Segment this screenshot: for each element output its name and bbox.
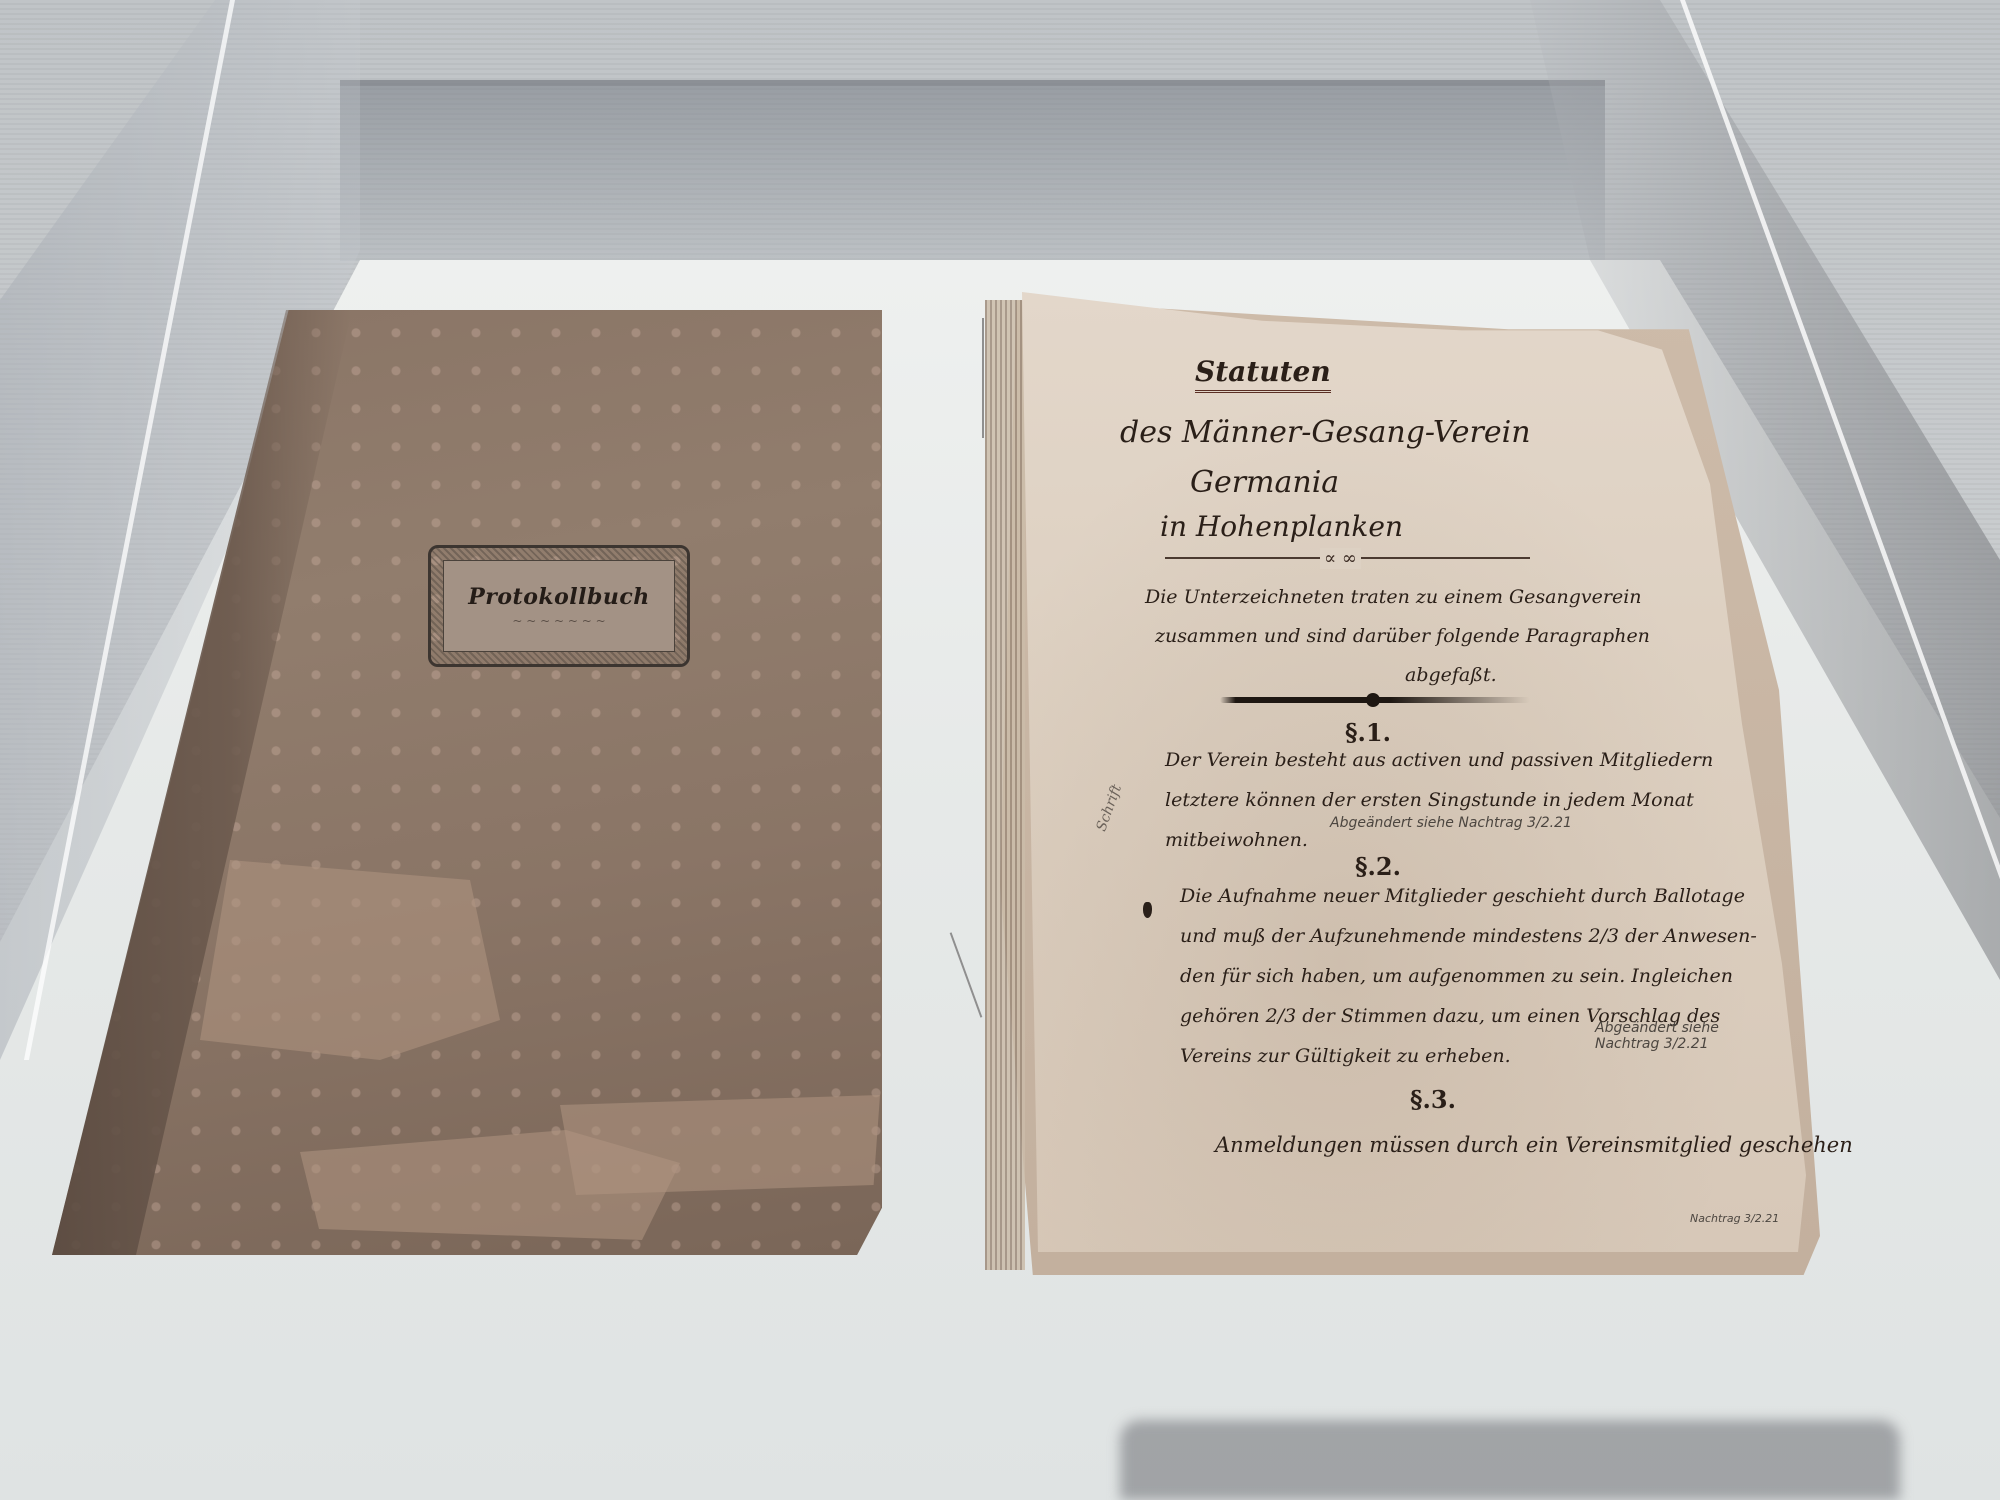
section-2-amendment-note: Abgeändert siehe Nachtrag 3/2.21	[1595, 1020, 1719, 1052]
divider-dot-icon	[1366, 693, 1380, 707]
section-1-body: Der Verein besteht aus activen und passi…	[1165, 740, 1713, 860]
footer-note: Nachtrag 3/2.21	[1690, 1212, 1779, 1225]
statutes-heading-line: in Hohenplanken	[1160, 510, 1403, 543]
statutes-heading-line: Germania	[1190, 465, 1339, 500]
ink-blot	[1143, 902, 1152, 918]
section-line: und muß der Aufzunehmende mindestens 2/3…	[1180, 916, 1757, 956]
section-line: Anmeldungen müssen durch ein Vereinsmitg…	[1215, 1125, 1853, 1165]
section-line: Die Aufnahme neuer Mitglieder geschieht …	[1180, 876, 1757, 916]
statutes-page-edges	[985, 300, 1025, 1270]
ledger-cover-label: Protokollbuch ~ ~ ~ ~ ~ ~ ~	[428, 545, 690, 667]
section-mark-3: §.3.	[1410, 1085, 1456, 1114]
ledger-label-subtitle: ~ ~ ~ ~ ~ ~ ~	[512, 614, 605, 628]
statutes-heading-line: des Männer-Gesang-Verein	[1120, 415, 1531, 450]
preamble-line: zusammen und sind darüber folgende Parag…	[1155, 617, 1650, 656]
preamble-line: abgefaßt.	[1405, 656, 1650, 695]
preamble-block: Die Unterzeichneten traten zu einem Gesa…	[1145, 578, 1650, 695]
ledger-peeling-patch	[560, 1095, 880, 1195]
binding-thread	[982, 318, 984, 438]
preamble-line: Die Unterzeichneten traten zu einem Gesa…	[1145, 578, 1650, 617]
acrylic-hood-back-pane	[340, 80, 1605, 261]
section-line: Der Verein besteht aus activen und passi…	[1165, 740, 1713, 780]
section-line: letztere können der ersten Singstunde in…	[1165, 780, 1713, 820]
section-1-amendment-note: Abgeändert siehe Nachtrag 3/2.21	[1330, 815, 1572, 831]
statutes-title: Statuten	[1195, 355, 1331, 393]
section-line: den für sich haben, um aufgenommen zu se…	[1180, 956, 1757, 996]
ledger-peeling-patch	[200, 860, 500, 1060]
ledger-label-panel: Protokollbuch ~ ~ ~ ~ ~ ~ ~	[443, 560, 675, 652]
section-3-body: Anmeldungen müssen durch ein Vereinsmitg…	[1215, 1125, 1853, 1165]
ledger-label-title: Protokollbuch	[468, 584, 650, 610]
divider-ornament-icon: ∝ ∞	[1320, 548, 1361, 569]
case-shadow	[1120, 1420, 1900, 1500]
